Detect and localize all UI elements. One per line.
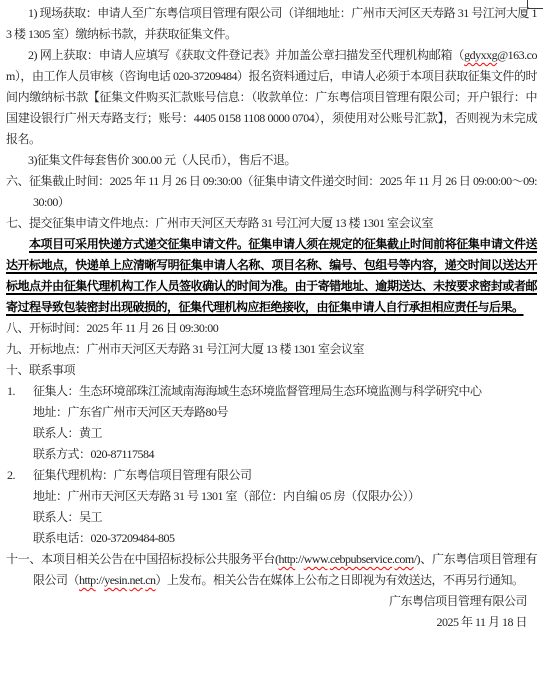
text-run: 2) 网上获取：申请人应填写《获取文件登记表》并加盖公章扫描发至代理机构邮箱（ xyxy=(28,48,464,62)
text-run: 联系人：吴工 xyxy=(33,510,102,524)
text-run: 本项目可采用快递方式递交征集申请文件。征集申请人须在规定的征集截止时间前将征集申… xyxy=(6,237,537,314)
para-agency-address: 地址：广州市天河区天寿路 31 号 1301 室（部位：内自编 05 房（仅限办… xyxy=(6,486,537,507)
misspelled-word: www xyxy=(304,552,328,566)
misspelled-word: http xyxy=(279,552,296,566)
text-run: 联系人：黄工 xyxy=(33,426,102,440)
para-solicitor-address: 地址：广东省广州市天河区天寿路80号 xyxy=(6,402,537,423)
text-run: 地址：广东省广州市天河区天寿路80号 xyxy=(33,405,228,419)
text-run: 3)征集文件每套售价 300.00 元（人民币），售后不退。 xyxy=(28,153,296,167)
para-agency: 2.征集代理机构：广东粤信项目管理有限公司 xyxy=(6,465,537,486)
misspelled-word: gdyxxg xyxy=(464,48,497,62)
text-run: ）上发布。相关公告在媒体上公布之日即视为有效送达，不再另行通知。 xyxy=(156,573,524,587)
text-run: 八、开标时间：2025 年 11 月 26 日 09:30:00 xyxy=(6,321,218,335)
text-run: 十、联系事项 xyxy=(6,363,75,377)
text-run: 征集人：生态环境部珠江流域南海海域生态环境监督管理局生态环境监测与科学研究中心 xyxy=(33,384,482,398)
para-8-bid-opening-time: 八、开标时间：2025 年 11 月 26 日 09:30:00 xyxy=(6,318,537,339)
misspelled-word: yesin xyxy=(104,573,127,587)
para-signature-company: 广东粤信项目管理有限公司 xyxy=(6,591,537,612)
misspelled-word: cebpubservice xyxy=(330,552,392,566)
para-solicitor: 1.征集人：生态环境部珠江流域南海海域生态环境监督管理局生态环境监测与科学研究中… xyxy=(6,381,537,402)
para-solicitor-contact: 联系人：黄工 xyxy=(6,423,537,444)
para-3-document-price: 3)征集文件每套售价 300.00 元（人民币），售后不退。 xyxy=(6,150,537,171)
text-run: :// xyxy=(96,573,105,587)
para-agency-contact: 联系人：吴工 xyxy=(6,507,537,528)
list-number: 2. xyxy=(7,465,15,486)
text-run: 1) 现场获取：申请人至广东粤信项目管理有限公司（详细地址：广州市天河区天寿路 … xyxy=(6,6,537,41)
para-1-onsite-acquisition: 1) 现场获取：申请人至广东粤信项目管理有限公司（详细地址：广州市天河区天寿路 … xyxy=(6,3,537,45)
para-courier-delivery-notice: 本项目可采用快递方式递交征集申请文件。征集申请人须在规定的征集截止时间前将征集申… xyxy=(6,234,537,318)
text-run: @163.com），由工作人员审核（咨询电话 020-37209484）报名资料… xyxy=(6,48,537,146)
text-run: 联系方式：020-87117584 xyxy=(33,447,154,461)
text-run: :// xyxy=(295,552,304,566)
document-body: 1) 现场获取：申请人至广东粤信项目管理有限公司（详细地址：广州市天河区天寿路 … xyxy=(0,0,543,633)
text-run: 六、征集截止时间：2025 年 11 月 26 日 09:30:00（征集申请文… xyxy=(6,174,537,209)
misspelled-word: http xyxy=(79,573,96,587)
para-agency-phone: 联系电话：020-37209484-805 xyxy=(6,528,537,549)
text-run: 征集代理机构：广东粤信项目管理有限公司 xyxy=(33,468,252,482)
para-7-submission-place: 七、提交征集申请文件地点：广州市天河区天寿路 31 号江河大厦 13 楼 130… xyxy=(6,213,537,234)
para-9-bid-opening-place: 九、开标地点：广州市天河区天寿路 31 号江河大厦 13 楼 1301 室会议室 xyxy=(6,339,537,360)
misspelled-word: net xyxy=(130,573,143,587)
text-run: 地址：广州市天河区天寿路 31 号 1301 室（部位：内自编 05 房（仅限办… xyxy=(33,489,420,503)
text-run: 九、开标地点：广州市天河区天寿路 31 号江河大厦 13 楼 1301 室会议室 xyxy=(6,342,364,356)
para-10-contact-heading: 十、联系事项 xyxy=(6,360,537,381)
misspelled-word: com xyxy=(395,552,414,566)
text-run: 十一、本项目相关公告在中国招标投标公共服务平台( xyxy=(6,552,279,566)
page-corner-artifact xyxy=(527,0,543,9)
misspelled-word: cn xyxy=(145,573,155,587)
text-run: 联系电话：020-37209484-805 xyxy=(33,531,175,545)
para-solicitor-phone: 联系方式：020-87117584 xyxy=(6,444,537,465)
para-signature-date: 2025 年 11 月 18 日 xyxy=(6,612,537,633)
para-6-solicitation-deadline: 六、征集截止时间：2025 年 11 月 26 日 09:30:00（征集申请文… xyxy=(6,171,537,213)
text-run: 广东粤信项目管理有限公司 xyxy=(389,594,527,608)
text-run: 2025 年 11 月 18 日 xyxy=(436,615,527,629)
para-2-online-acquisition: 2) 网上获取：申请人应填写《获取文件登记表》并加盖公章扫描发至代理机构邮箱（g… xyxy=(6,45,537,150)
para-11-announcement-platforms: 十一、本项目相关公告在中国招标投标公共服务平台(http://www.cebpu… xyxy=(6,549,537,591)
text-run: 七、提交征集申请文件地点：广州市天河区天寿路 31 号江河大厦 13 楼 130… xyxy=(6,216,433,230)
list-number: 1. xyxy=(7,381,15,402)
